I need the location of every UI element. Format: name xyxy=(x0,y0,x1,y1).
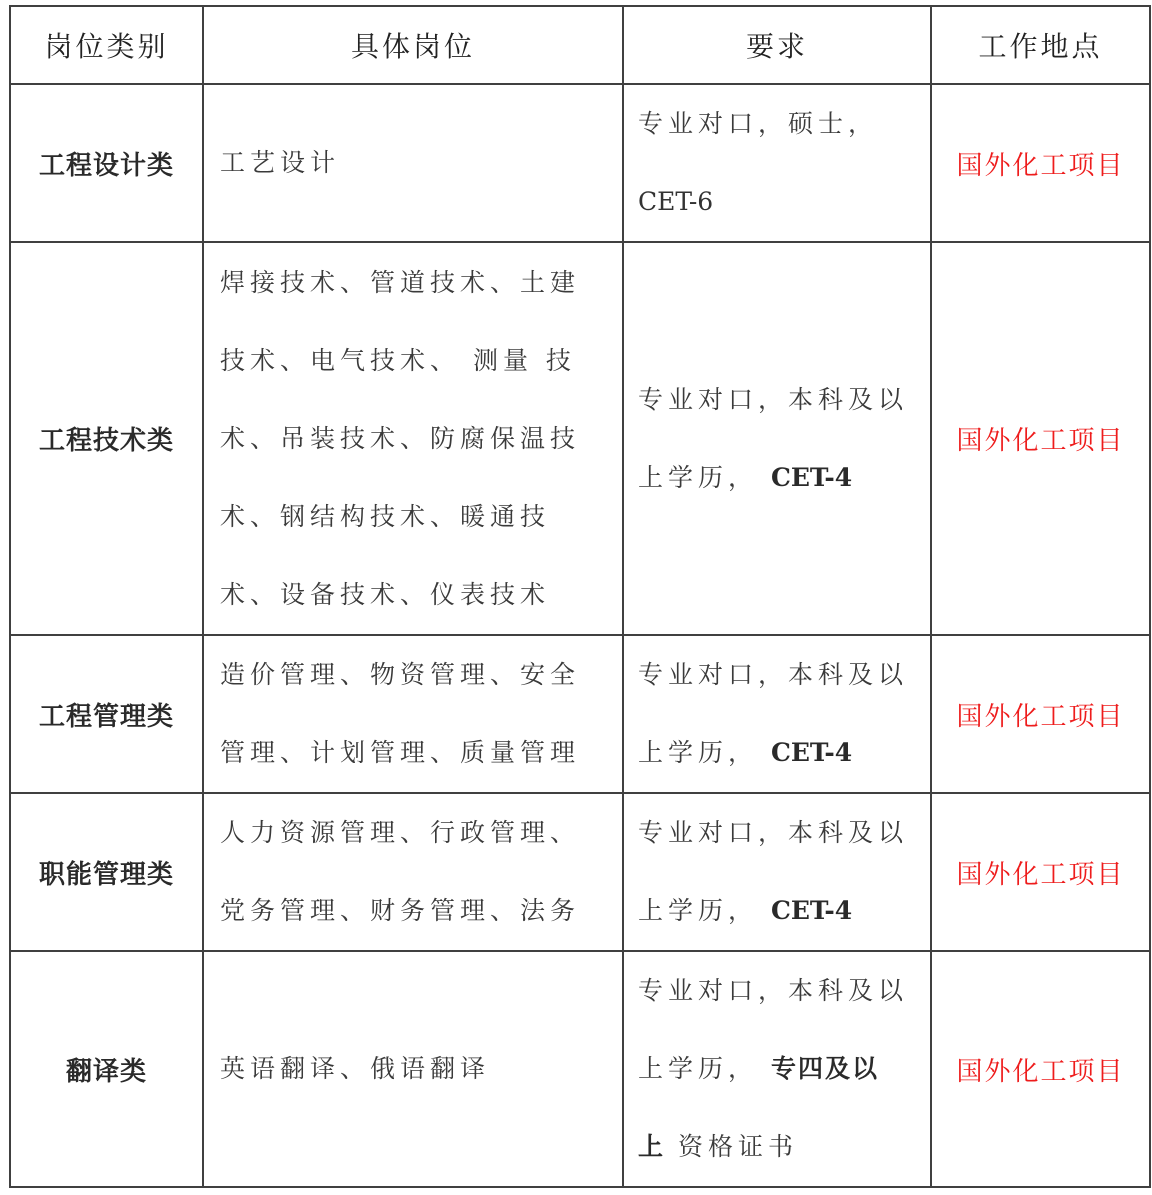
requirement-text: 专业对口，本科及以 xyxy=(638,818,908,847)
position-line: 造价管理、物资管理、安全 xyxy=(220,636,612,714)
requirement-bold-text: CET-4 xyxy=(771,738,852,767)
requirement-line: 专业对口，本科及以 xyxy=(638,952,920,1030)
category-cell: 职能管理类 xyxy=(10,793,203,951)
table-row: 工程设计类 工艺设计 专业对口，硕士， CET-6 国外化工项目 xyxy=(10,84,1150,242)
category-cell: 工程设计类 xyxy=(10,84,203,242)
table-row: 翻译类 英语翻译、俄语翻译 专业对口，本科及以 上学历， 专四及以 上 资格证书… xyxy=(10,951,1150,1187)
requirement-bold-text: 上 xyxy=(638,1132,665,1161)
requirement-text: 专业对口，硕士， xyxy=(638,109,878,138)
requirement-text: 上学历， xyxy=(638,896,771,925)
position-line: 人力资源管理、行政管理、 xyxy=(220,794,612,872)
requirement-bold-text: CET-4 xyxy=(771,463,852,492)
header-category: 岗位类别 xyxy=(10,6,203,84)
table-row: 工程技术类 焊接技术、管道技术、土建 技术、电气技术、 测量 技 术、吊装技术、… xyxy=(10,242,1150,635)
category-cell: 翻译类 xyxy=(10,951,203,1187)
position-line: 党务管理、财务管理、法务 xyxy=(220,872,612,950)
positions-cell: 焊接技术、管道技术、土建 技术、电气技术、 测量 技 术、吊装技术、防腐保温技 … xyxy=(203,242,623,635)
requirement-text: 上学历， xyxy=(638,1054,771,1083)
requirement-text: 专业对口，本科及以 xyxy=(638,976,908,1005)
requirements-cell: 专业对口，本科及以 上学历， CET-4 xyxy=(623,242,931,635)
requirement-line: 专业对口，硕士， xyxy=(638,85,920,163)
position-line: 焊接技术、管道技术、土建 xyxy=(220,244,612,322)
requirement-line: 上 资格证书 xyxy=(638,1108,920,1186)
location-cell: 国外化工项目 xyxy=(931,793,1150,951)
requirement-line: CET-6 xyxy=(638,163,920,241)
positions-cell: 英语翻译、俄语翻译 xyxy=(203,951,623,1187)
location-cell: 国外化工项目 xyxy=(931,635,1150,793)
table-row: 工程管理类 造价管理、物资管理、安全 管理、计划管理、质量管理 专业对口，本科及… xyxy=(10,635,1150,793)
requirements-cell: 专业对口，本科及以 上学历， CET-4 xyxy=(623,635,931,793)
position-line: 术、设备技术、仪表技术 xyxy=(220,556,612,634)
table-row: 职能管理类 人力资源管理、行政管理、 党务管理、财务管理、法务 专业对口，本科及… xyxy=(10,793,1150,951)
positions-cell: 工艺设计 xyxy=(203,84,623,242)
location-cell: 国外化工项目 xyxy=(931,951,1150,1187)
requirement-bold-text: 专四及以 xyxy=(771,1054,879,1083)
requirement-bold-text: CET-6 xyxy=(638,187,713,216)
position-line: 管理、计划管理、质量管理 xyxy=(220,714,612,792)
table-header-row: 岗位类别 具体岗位 要求 工作地点 xyxy=(10,6,1150,84)
requirement-line: 上学历， 专四及以 xyxy=(638,1030,920,1108)
requirements-cell: 专业对口，硕士， CET-6 xyxy=(623,84,931,242)
requirement-line: 上学历， CET-4 xyxy=(638,439,920,517)
header-location: 工作地点 xyxy=(931,6,1150,84)
requirements-cell: 专业对口，本科及以 上学历， 专四及以 上 资格证书 xyxy=(623,951,931,1187)
positions-cell: 造价管理、物资管理、安全 管理、计划管理、质量管理 xyxy=(203,635,623,793)
requirement-line: 上学历， CET-4 xyxy=(638,872,920,950)
requirement-bold-text: CET-4 xyxy=(771,896,852,925)
requirement-text: 专业对口，本科及以 xyxy=(638,385,908,414)
header-requirements: 要求 xyxy=(623,6,931,84)
category-cell: 工程技术类 xyxy=(10,242,203,635)
requirements-cell: 专业对口，本科及以 上学历， CET-4 xyxy=(623,793,931,951)
position-line: 术、吊装技术、防腐保温技 xyxy=(220,400,612,478)
job-positions-table: 岗位类别 具体岗位 要求 工作地点 工程设计类 工艺设计 专业对口，硕士， CE… xyxy=(9,5,1151,1188)
requirement-line: 专业对口，本科及以 xyxy=(638,636,920,714)
position-line: 工艺设计 xyxy=(220,124,612,202)
position-line: 术、钢结构技术、暖通技 xyxy=(220,478,612,556)
position-line: 英语翻译、俄语翻译 xyxy=(220,1030,612,1108)
requirement-text: 专业对口，本科及以 xyxy=(638,660,908,689)
location-cell: 国外化工项目 xyxy=(931,84,1150,242)
header-positions: 具体岗位 xyxy=(203,6,623,84)
position-line: 技术、电气技术、 测量 技 xyxy=(220,322,612,400)
location-cell: 国外化工项目 xyxy=(931,242,1150,635)
requirement-line: 专业对口，本科及以 xyxy=(638,794,920,872)
requirement-text: 上学历， xyxy=(638,463,771,492)
category-cell: 工程管理类 xyxy=(10,635,203,793)
requirement-text: 资格证书 xyxy=(665,1132,798,1161)
requirement-text: 上学历， xyxy=(638,738,771,767)
requirement-line: 上学历， CET-4 xyxy=(638,714,920,792)
requirement-line: 专业对口，本科及以 xyxy=(638,361,920,439)
positions-cell: 人力资源管理、行政管理、 党务管理、财务管理、法务 xyxy=(203,793,623,951)
